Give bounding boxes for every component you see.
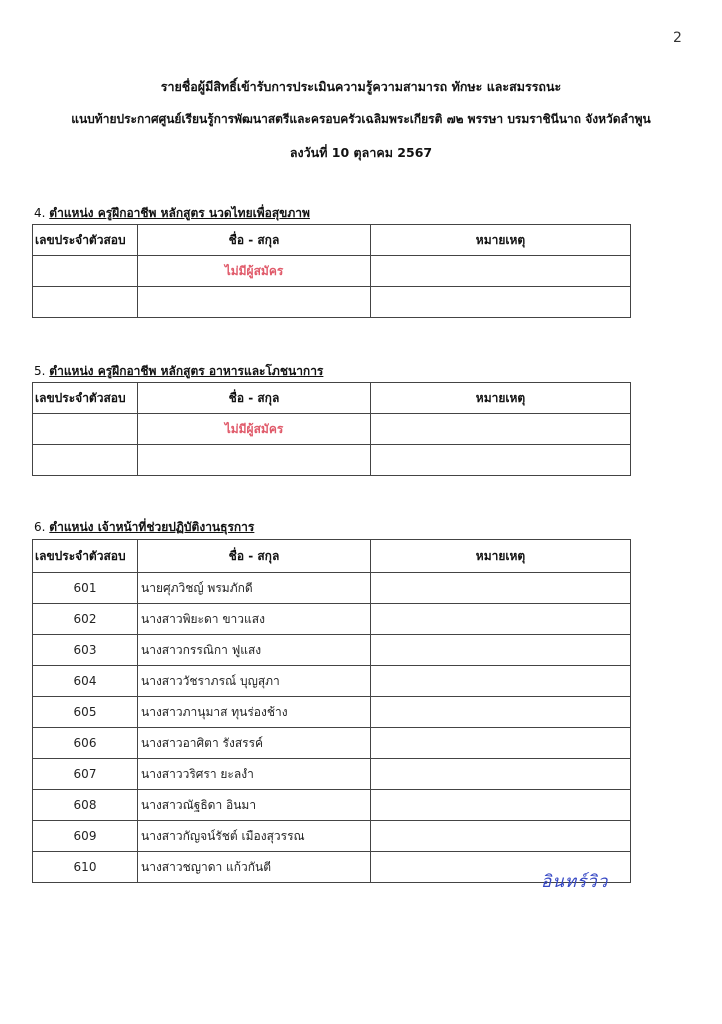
note-cell <box>371 287 631 318</box>
column-header-note: หมายเหตุ <box>371 540 631 573</box>
id-cell: 607 <box>33 759 138 790</box>
column-header-name: ชื่อ - สกุล <box>138 225 371 256</box>
id-cell <box>33 414 138 445</box>
column-header-id: เลขประจำตัวสอบ <box>33 383 138 414</box>
id-cell: 604 <box>33 666 138 697</box>
table-row: ไม่มีผู้สมัคร <box>33 256 631 287</box>
no-applicants-label: ไม่มีผู้สมัคร <box>138 414 371 445</box>
table-row <box>33 445 631 476</box>
note-cell <box>371 635 631 666</box>
section-title: ตำแหน่ง ครูฝึกอาชีพ หลักสูตร อาหารและโภช… <box>49 364 323 378</box>
name-cell: นางสาววัชราภรณ์ บุญสุภา <box>138 666 371 697</box>
column-header-note: หมายเหตุ <box>371 225 631 256</box>
name-cell: นางสาวพิยะดา ขาวแสง <box>138 604 371 635</box>
table-row: 604นางสาววัชราภรณ์ บุญสุภา <box>33 666 631 697</box>
section-number: 5. <box>34 364 45 378</box>
note-cell <box>371 604 631 635</box>
section-title: ตำแหน่ง ครูฝึกอาชีพ หลักสูตร นวดไทยเพื่อ… <box>49 206 310 220</box>
name-cell <box>138 287 371 318</box>
column-header-name: ชื่อ - สกุล <box>138 383 371 414</box>
section-heading-5: 5. ตำแหน่ง ครูฝึกอาชีพ หลักสูตร อาหารและ… <box>34 362 323 381</box>
section-6-table: เลขประจำตัวสอบ ชื่อ - สกุล หมายเหตุ 601น… <box>32 539 631 883</box>
note-cell <box>371 759 631 790</box>
id-cell: 601 <box>33 573 138 604</box>
table-row: ไม่มีผู้สมัคร <box>33 414 631 445</box>
table-row: 606นางสาวอาศิตา รังสรรค์ <box>33 728 631 759</box>
note-cell <box>371 573 631 604</box>
id-cell <box>33 445 138 476</box>
table-row: 601นายศุภวิชญ์ พรมภักดี <box>33 573 631 604</box>
table-header-row: เลขประจำตัวสอบ ชื่อ - สกุล หมายเหตุ <box>33 540 631 573</box>
table-header-row: เลขประจำตัวสอบ ชื่อ - สกุล หมายเหตุ <box>33 225 631 256</box>
note-cell <box>371 821 631 852</box>
id-cell <box>33 256 138 287</box>
signature-initials: อินทร์วิว <box>541 868 608 895</box>
id-cell: 602 <box>33 604 138 635</box>
section-number: 6. <box>34 520 45 534</box>
table-row: 602นางสาวพิยะดา ขาวแสง <box>33 604 631 635</box>
no-applicants-label: ไม่มีผู้สมัคร <box>138 256 371 287</box>
name-cell: นางสาวอาศิตา รังสรรค์ <box>138 728 371 759</box>
name-cell: นางสาวณัฐธิดา อินมา <box>138 790 371 821</box>
id-cell: 609 <box>33 821 138 852</box>
document-title-line-2: แนบท้ายประกาศศูนย์เรียนรู้การพัฒนาสตรีแล… <box>0 110 722 129</box>
table-row: 605นางสาวภานุมาส ทุนร่องช้าง <box>33 697 631 728</box>
section-heading-6: 6. ตำแหน่ง เจ้าหน้าที่ช่วยปฏิบัติงานธุรก… <box>34 518 254 537</box>
id-cell: 608 <box>33 790 138 821</box>
document-date-line: ลงวันที่ 10 ตุลาคม 2567 <box>0 143 722 163</box>
table-row <box>33 287 631 318</box>
name-cell: นางสาววริศรา ยะลงำ <box>138 759 371 790</box>
section-5-table: เลขประจำตัวสอบ ชื่อ - สกุล หมายเหตุ ไม่ม… <box>32 382 631 476</box>
column-header-name: ชื่อ - สกุล <box>138 540 371 573</box>
name-cell: นางสาวชญาดา แก้วกันตี <box>138 852 371 883</box>
note-cell <box>371 697 631 728</box>
name-cell <box>138 445 371 476</box>
section-number: 4. <box>34 206 45 220</box>
column-header-id: เลขประจำตัวสอบ <box>33 540 138 573</box>
column-header-note: หมายเหตุ <box>371 383 631 414</box>
id-cell: 610 <box>33 852 138 883</box>
table-row: 608นางสาวณัฐธิดา อินมา <box>33 790 631 821</box>
name-cell: นางสาวกรรณิกา ฟูแสง <box>138 635 371 666</box>
page-number: 2 <box>673 30 682 46</box>
table-header-row: เลขประจำตัวสอบ ชื่อ - สกุล หมายเหตุ <box>33 383 631 414</box>
table-row: 609นางสาวกัญจน์รัชต์ เมืองสุวรรณ <box>33 821 631 852</box>
table-row: 607นางสาววริศรา ยะลงำ <box>33 759 631 790</box>
note-cell <box>371 666 631 697</box>
table-row: 603นางสาวกรรณิกา ฟูแสง <box>33 635 631 666</box>
section-title: ตำแหน่ง เจ้าหน้าที่ช่วยปฏิบัติงานธุรการ <box>49 520 254 534</box>
note-cell <box>371 790 631 821</box>
id-cell: 603 <box>33 635 138 666</box>
note-cell <box>371 728 631 759</box>
document-title-line-1: รายชื่อผู้มีสิทธิ์เข้ารับการประเมินความร… <box>0 77 722 97</box>
id-cell: 605 <box>33 697 138 728</box>
column-header-id: เลขประจำตัวสอบ <box>33 225 138 256</box>
name-cell: นางสาวภานุมาส ทุนร่องช้าง <box>138 697 371 728</box>
name-cell: นายศุภวิชญ์ พรมภักดี <box>138 573 371 604</box>
note-cell <box>371 414 631 445</box>
id-cell <box>33 287 138 318</box>
note-cell <box>371 256 631 287</box>
name-cell: นางสาวกัญจน์รัชต์ เมืองสุวรรณ <box>138 821 371 852</box>
section-4-table: เลขประจำตัวสอบ ชื่อ - สกุล หมายเหตุ ไม่ม… <box>32 224 631 318</box>
note-cell <box>371 445 631 476</box>
id-cell: 606 <box>33 728 138 759</box>
section-heading-4: 4. ตำแหน่ง ครูฝึกอาชีพ หลักสูตร นวดไทยเพ… <box>34 204 310 223</box>
